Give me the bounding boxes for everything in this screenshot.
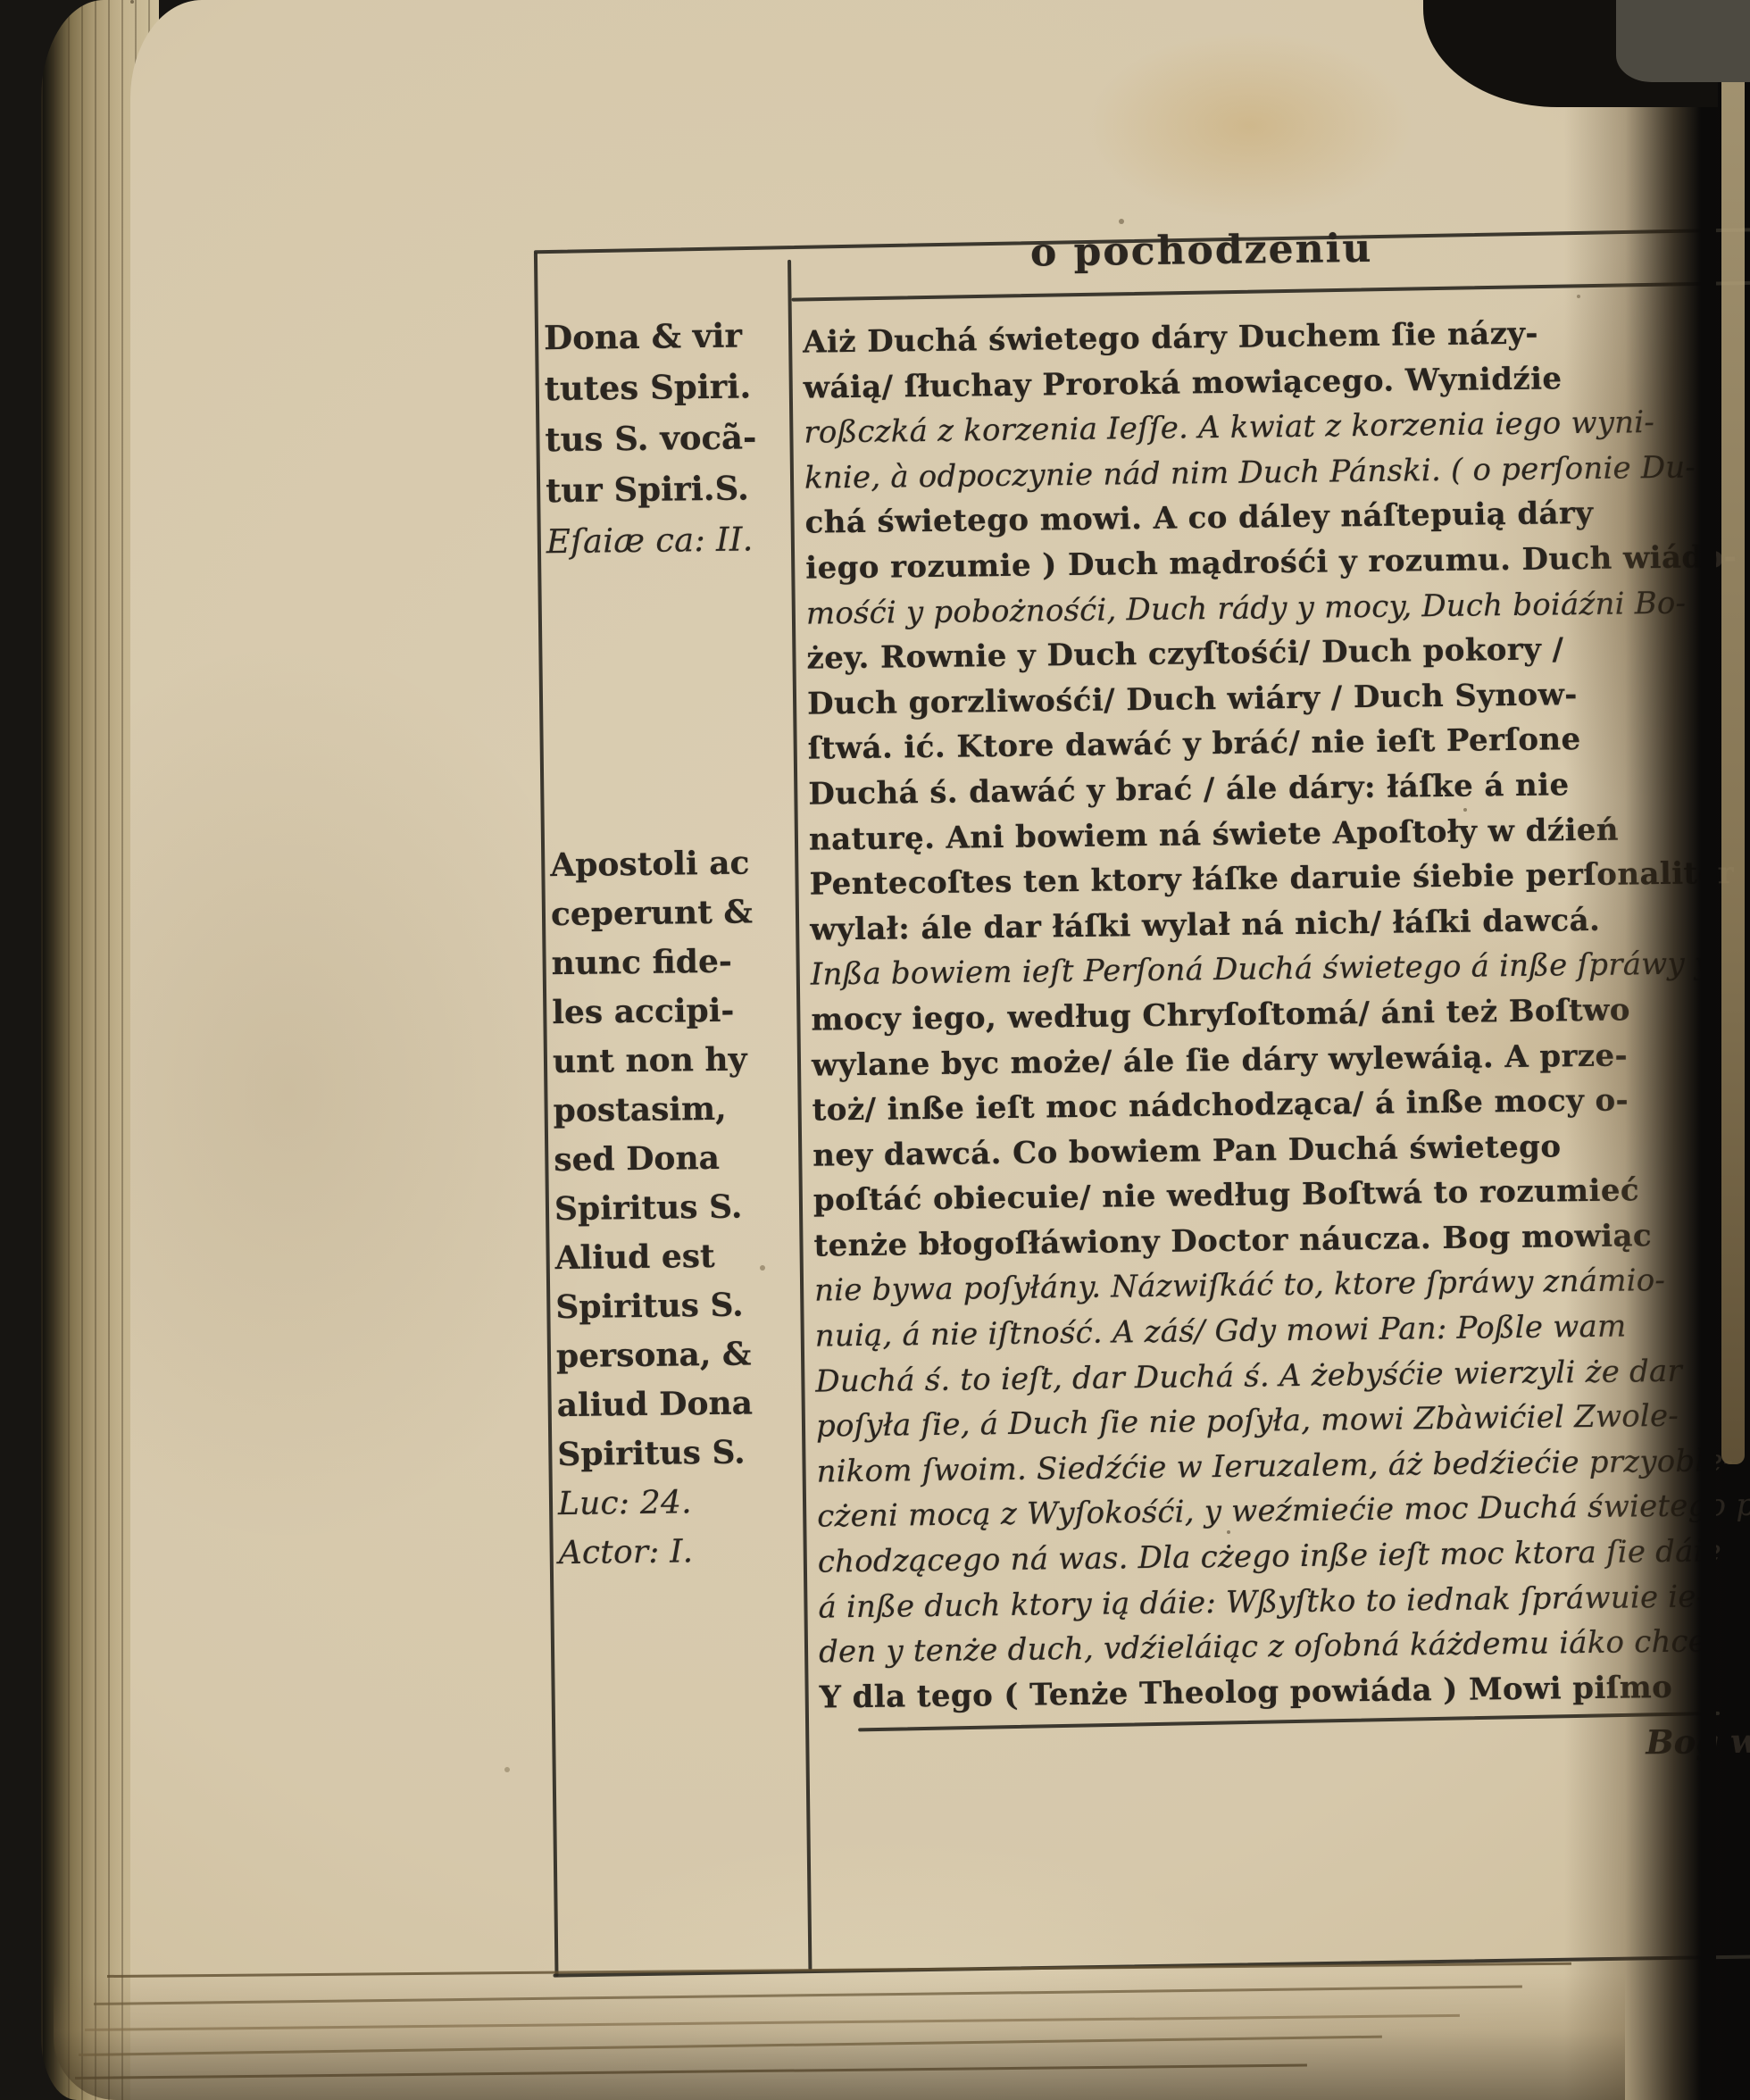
margin-note-line: postasim, bbox=[553, 1084, 796, 1136]
margin-note-esaie: Dona & virtutes Spiri.tus S. vocã-tur Sp… bbox=[544, 310, 789, 567]
margin-note-line: sed Dona bbox=[554, 1133, 797, 1185]
top-right-corner-board bbox=[1616, 0, 1750, 82]
margin-note-line: aliud Dona bbox=[556, 1379, 800, 1430]
margin-note-line: Actor: I. bbox=[558, 1526, 802, 1578]
margin-note-apostoli: Apostoli acceperunt &nunc fide-les accip… bbox=[550, 838, 802, 1578]
running-header: o pochodzeniu bbox=[1030, 226, 1373, 276]
book-scan: o pochodzeniu Dona & virtutes Spiri.tus … bbox=[0, 0, 1750, 2100]
margin-note-line: tus S. vocã- bbox=[545, 412, 788, 465]
margin-note-line: nunc fide- bbox=[551, 937, 795, 988]
margin-note-line: Spiritus S. bbox=[554, 1182, 798, 1234]
margin-note-line: Apostoli ac bbox=[550, 838, 794, 890]
gutter-shadow bbox=[1564, 0, 1716, 2100]
margin-note-line: unt non hy bbox=[553, 1035, 796, 1087]
margin-note-line: Luc: 24. bbox=[558, 1477, 802, 1529]
margin-note-line: Eſaiæ ca: II. bbox=[546, 513, 790, 567]
margin-note-line: Dona & vir bbox=[544, 310, 787, 363]
margin-note-line: ceperunt & bbox=[551, 887, 795, 939]
next-leaf-edge bbox=[1721, 71, 1745, 1464]
book-page: o pochodzeniu Dona & virtutes Spiri.tus … bbox=[130, 0, 1707, 2100]
margin-note-line: Spiritus S. bbox=[557, 1428, 801, 1479]
margin-note-line: tur Spiri.S. bbox=[546, 462, 789, 516]
margin-note-line: tutes Spiri. bbox=[544, 361, 787, 414]
margin-note-line: Spiritus S. bbox=[555, 1280, 799, 1332]
margin-note-line: persona, & bbox=[556, 1329, 800, 1381]
margin-note-line: les accipi- bbox=[552, 986, 796, 1037]
bottom-page-stack bbox=[54, 1973, 1625, 2100]
margin-note-line: Aliud est bbox=[554, 1231, 798, 1283]
ink-specks bbox=[130, 0, 134, 4]
